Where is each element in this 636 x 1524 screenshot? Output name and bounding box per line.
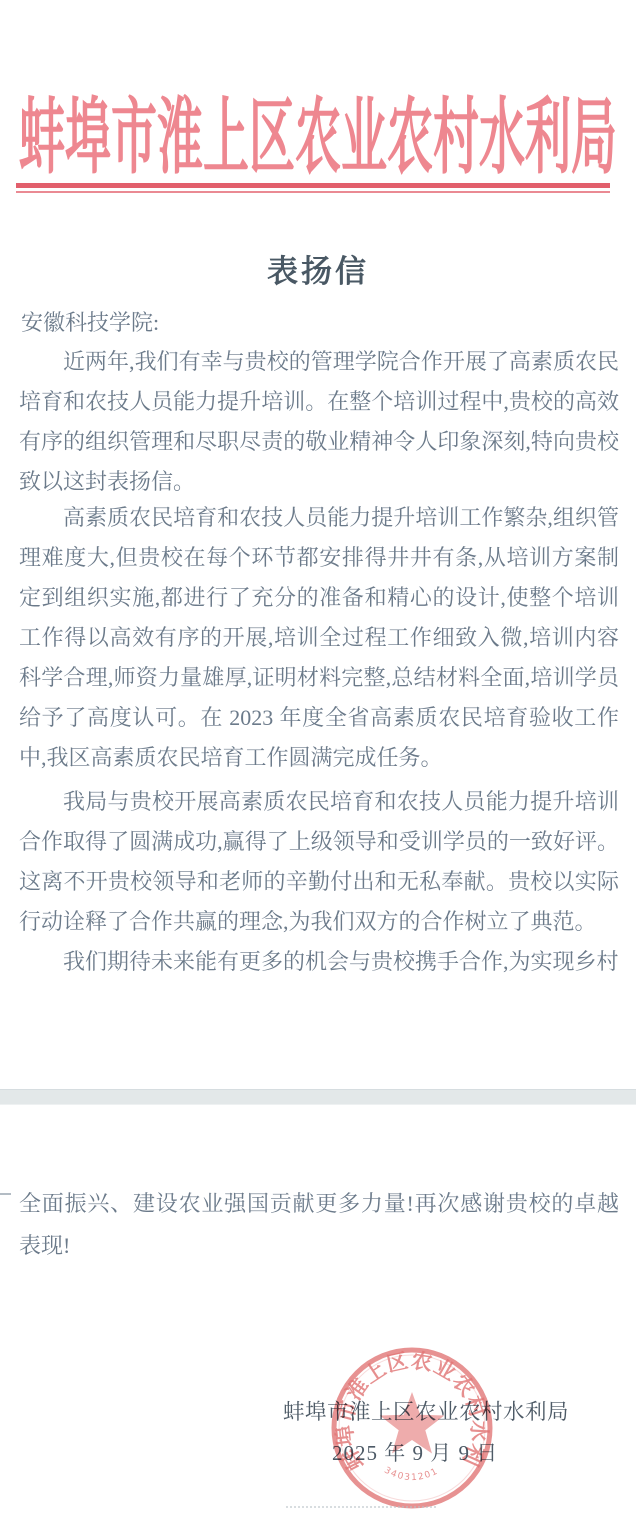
official-seal: 蚌埠市淮上区农业农村水利局 3403120114213	[322, 1340, 502, 1520]
body-paragraph-2: 高素质农民培育和农技人员能力提升培训工作繁杂,组织管理难度大,但贵校在每个环节都…	[19, 498, 619, 778]
letter-title: 表扬信	[0, 246, 636, 291]
letterhead-rule-thick	[16, 183, 610, 188]
star-icon	[380, 1392, 445, 1454]
letterhead-org-name: 蚌埠市淮上区农业农村水利局	[0, 72, 636, 191]
body-paragraph-1: 近两年,我们有幸与贵校的管理学院合作开展了高素质农民培育和农技人员能力提升培训。…	[19, 342, 619, 502]
scan-noise-dots	[286, 1506, 436, 1508]
scanned-commendation-letter: 蚌埠市淮上区农业农村水利局 表扬信 安徽科技学院: 近两年,我们有幸与贵校的管理…	[0, 0, 636, 1524]
salutation: 安徽科技学院:	[21, 306, 159, 337]
body-paragraph-4: 我们期待未来能有更多的机会与贵校携手合作,为实现乡村	[19, 942, 619, 982]
scan-artifact-mark	[0, 1193, 11, 1202]
body-paragraph-3: 我局与贵校开展高素质农民培育和农技人员能力提升培训合作取得了圆满成功,赢得了上级…	[19, 782, 619, 942]
scan-page-seam	[0, 1089, 636, 1105]
body-paragraph-continuation: 全面振兴、建设农业强国贡献更多力量!再次感谢贵校的卓越表现!	[19, 1183, 619, 1267]
letterhead-rule-thin	[16, 191, 610, 193]
